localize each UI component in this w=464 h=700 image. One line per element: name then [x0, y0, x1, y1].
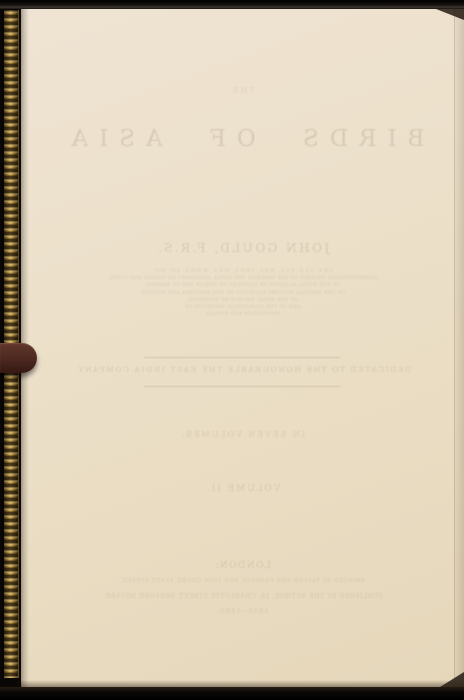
page-fore-edge-shade [455, 9, 464, 687]
page [21, 9, 464, 687]
cover-edge-bottom [0, 687, 464, 700]
page-bottom-shadow [21, 680, 464, 687]
book-photo: THE BIRDS OF ASIA JOHN GOULD, F.R.S. F.R… [0, 0, 464, 700]
cover-edge-top [0, 0, 464, 9]
leather-spine-tab [0, 343, 37, 373]
